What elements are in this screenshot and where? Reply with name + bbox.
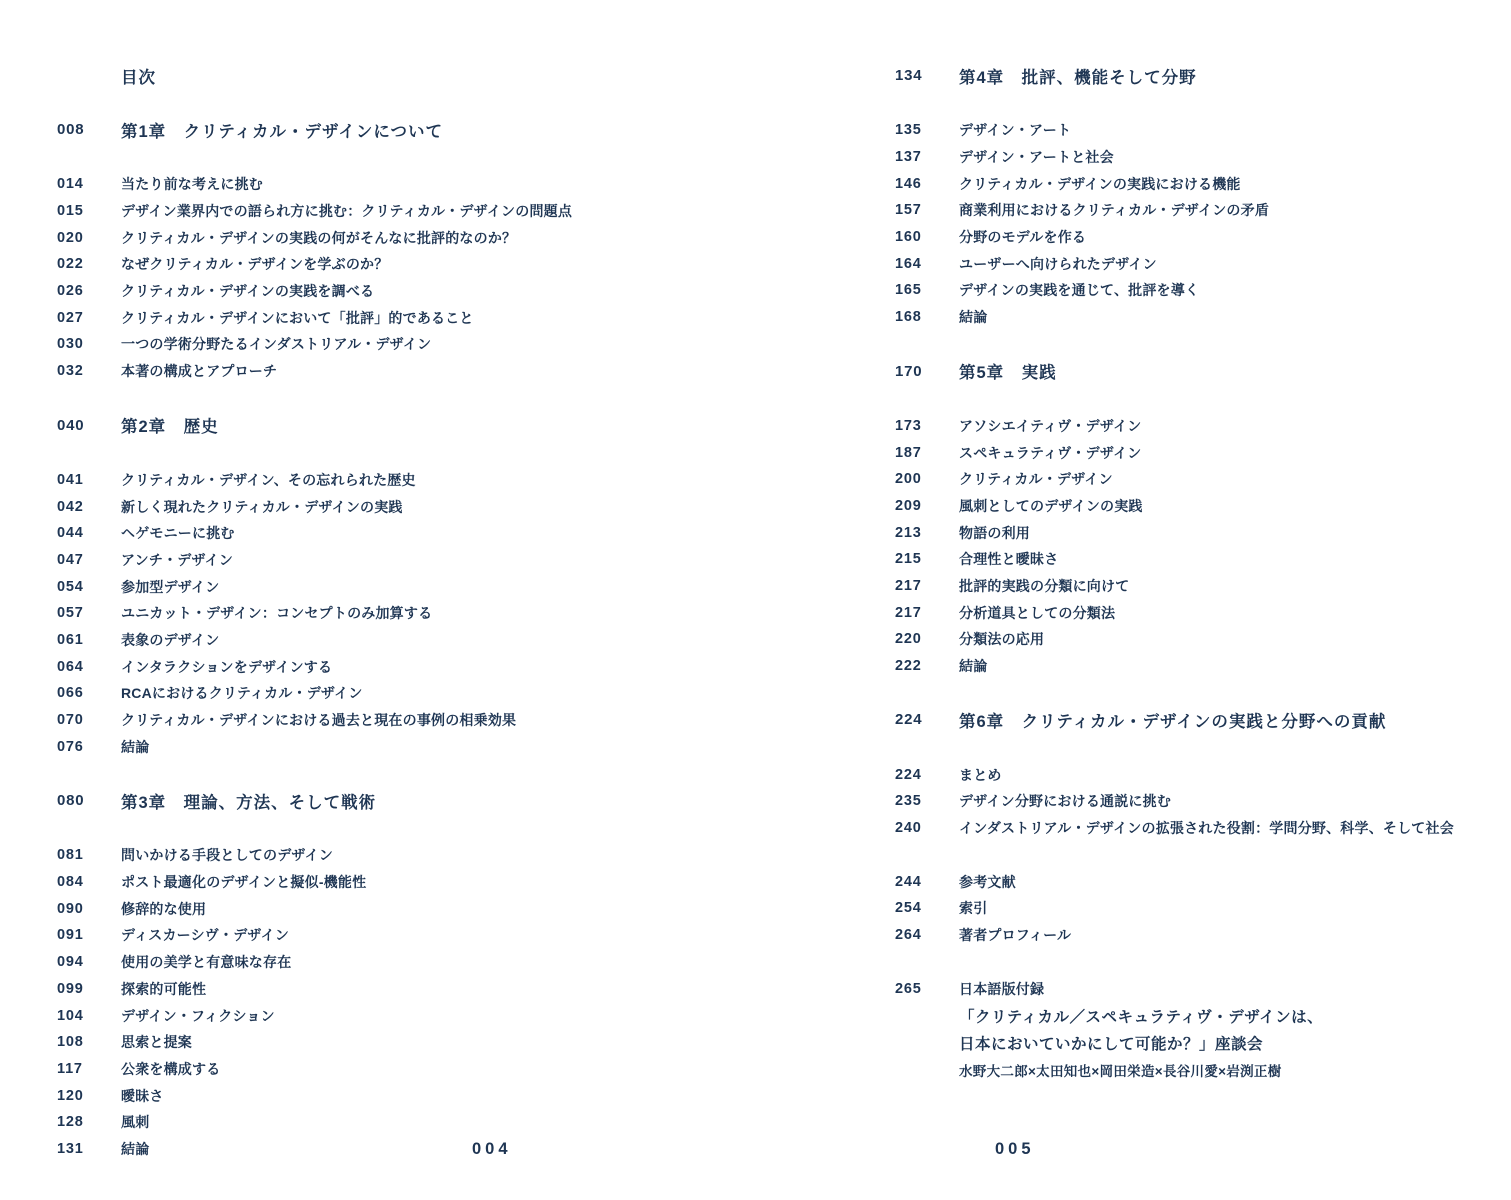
entry-title: アンチ・デザイン: [121, 550, 233, 570]
chapter-heading-row: 080第3章 理論、方法、そして戦術: [57, 787, 747, 814]
entry-title: 問いかける手段としてのデザイン: [121, 845, 333, 865]
toc-entry-row: 157商業利用におけるクリティカル・デザインの矛盾: [895, 197, 1505, 224]
entry-title: 風刺: [121, 1112, 149, 1132]
entry-page-number: 015: [57, 203, 121, 219]
chapter-page-number: 134: [895, 67, 959, 84]
entry-title: 分析道具としての分類法: [959, 603, 1115, 623]
toc-heading-row: 目次: [57, 62, 747, 89]
appendix-title: 日本語版付録: [959, 979, 1044, 999]
toc-entry-row: 217分析道具としての分類法: [895, 599, 1505, 626]
entry-page-number: 220: [895, 631, 959, 647]
entry-title: クリティカル・デザインにおいて「批評」的であること: [121, 308, 474, 328]
entry-title: 修辞的な使用: [121, 899, 206, 919]
appendix-participants: 水野大二郎×太田知也×岡田栄造×長谷川愛×岩渕正樹: [895, 1056, 1505, 1083]
entry-title: 公衆を構成する: [121, 1059, 220, 1079]
entry-title: 風刺としてのデザインの実践: [959, 496, 1143, 516]
chapter-heading-row: 040第2章 歴史: [57, 412, 747, 439]
entry-page-number: 128: [57, 1114, 121, 1130]
entry-page-number: 137: [895, 149, 959, 165]
entry-page-number: 057: [57, 605, 121, 621]
entry-title: デザイン分野における通説に挑む: [959, 791, 1171, 811]
entry-title: 著者プロフィール: [959, 925, 1071, 945]
entry-title: クリティカル・デザインの実践における機能: [959, 174, 1241, 194]
toc-entry-row: 108思索と提案: [57, 1029, 747, 1056]
entry-page-number: 254: [895, 900, 959, 916]
entry-page-number: 244: [895, 874, 959, 890]
entry-page-number: 032: [57, 363, 121, 379]
toc-entry-row: 254索引: [895, 895, 1505, 922]
toc-entry-row: 165デザインの実践を通じて、批評を導く: [895, 277, 1505, 304]
entry-page-number: 217: [895, 578, 959, 594]
toc-left-sections: 008第1章 クリティカル・デザインについて014当たり前な考えに挑む015デザ…: [57, 116, 747, 1162]
entry-title: ユーザーへ向けられたデザイン: [959, 254, 1157, 274]
entry-page-number: 131: [57, 1141, 121, 1157]
entry-page-number: 264: [895, 927, 959, 943]
entry-title: 参考文献: [959, 872, 1016, 892]
entry-page-number: 135: [895, 122, 959, 138]
page-number-left: 004: [472, 1140, 512, 1159]
entry-title: スペキュラティヴ・デザイン: [959, 443, 1142, 463]
entry-page-number: 084: [57, 874, 121, 890]
appendix-row: 265 日本語版付録: [895, 976, 1505, 1003]
entry-page-number: 026: [57, 283, 121, 299]
entry-title: デザインの実践を通じて、批評を導く: [959, 280, 1199, 300]
toc-entry-row: 222結論: [895, 653, 1505, 680]
toc-entry-row: 076結論: [57, 733, 747, 760]
entry-title: インダストリアル・デザインの拡張された役割：学問分野、科学、そして社会: [959, 818, 1454, 838]
chapter-heading-row: 170第5章 実践: [895, 358, 1505, 385]
toc-entry-row: 066RCAにおけるクリティカル・デザイン: [57, 680, 747, 707]
entry-page-number: 160: [895, 229, 959, 245]
entry-page-number: 217: [895, 605, 959, 621]
entry-page-number: 200: [895, 471, 959, 487]
entry-title: デザイン・アート: [959, 120, 1071, 140]
entry-page-number: 081: [57, 847, 121, 863]
entry-title: 物語の利用: [959, 523, 1030, 543]
toc-entry-row: 217批評的実践の分類に向けて: [895, 573, 1505, 600]
toc-section: 134第4章 批評、機能そして分野135デザイン・アート137デザイン・アートと…: [895, 62, 1505, 331]
entry-title: アソシエイティヴ・デザイン: [959, 416, 1142, 436]
toc-section: 080第3章 理論、方法、そして戦術081問いかける手段としてのデザイン084ポ…: [57, 787, 747, 1162]
entry-page-number: 209: [895, 498, 959, 514]
entry-page-number: 061: [57, 632, 121, 648]
entry-page-number: 168: [895, 309, 959, 325]
toc-entry-row: 057ユニカット・デザイン：コンセプトのみ加算する: [57, 600, 747, 627]
toc-right-sections: 134第4章 批評、機能そして分野135デザイン・アート137デザイン・アートと…: [895, 62, 1505, 949]
entry-title: 探索的可能性: [121, 979, 206, 999]
entry-page-number: 108: [57, 1034, 121, 1050]
toc-entry-row: 090修辞的な使用: [57, 895, 747, 922]
toc-entry-row: 187スペキュラティヴ・デザイン: [895, 439, 1505, 466]
entry-page-number: 215: [895, 551, 959, 567]
toc-entry-row: 215合理性と曖昧さ: [895, 546, 1505, 573]
entry-page-number: 213: [895, 525, 959, 541]
appendix-block: 265 日本語版付録 「クリティカル／スペキュラティヴ・デザインは、 日本におい…: [895, 976, 1505, 1084]
toc-entry-row: 240インダストリアル・デザインの拡張された役割：学問分野、科学、そして社会: [895, 815, 1505, 842]
toc-title: 目次: [121, 64, 156, 88]
entry-page-number: 222: [895, 658, 959, 674]
entry-title: 曖昧さ: [121, 1086, 164, 1106]
entry-title: RCAにおけるクリティカル・デザイン: [121, 683, 363, 703]
entry-title: 分野のモデルを作る: [959, 227, 1086, 247]
toc-entry-row: 091ディスカーシヴ・デザイン: [57, 922, 747, 949]
toc-entry-row: 173アソシエイティヴ・デザイン: [895, 413, 1505, 440]
entry-page-number: 042: [57, 499, 121, 515]
entry-page-number: 022: [57, 256, 121, 272]
entry-title: 分類法の応用: [959, 629, 1044, 649]
entry-title: デザイン・アートと社会: [959, 147, 1114, 167]
entry-title: ヘゲモニーに挑む: [121, 523, 235, 543]
toc-entry-row: 117公衆を構成する: [57, 1056, 747, 1083]
toc-entry-row: 026クリティカル・デザインの実践を調べる: [57, 278, 747, 305]
toc-entry-row: 099探索的可能性: [57, 976, 747, 1003]
toc-entry-row: 160分野のモデルを作る: [895, 224, 1505, 251]
entry-title: デザイン・フィクション: [121, 1006, 275, 1026]
toc-entry-row: 213物語の利用: [895, 519, 1505, 546]
toc-entry-row: 014当たり前な考えに挑む: [57, 171, 747, 198]
toc-entry-row: 022なぜクリティカル・デザインを学ぶのか？: [57, 251, 747, 278]
toc-entry-row: 041クリティカル・デザイン、その忘れられた歴史: [57, 467, 747, 494]
toc-section: 170第5章 実践173アソシエイティヴ・デザイン187スペキュラティヴ・デザイ…: [895, 358, 1505, 680]
toc-entry-row: 027クリティカル・デザインにおいて「批評」的であること: [57, 304, 747, 331]
toc-page-right: 134第4章 批評、機能そして分野135デザイン・アート137デザイン・アートと…: [895, 0, 1505, 1083]
entry-page-number: 030: [57, 336, 121, 352]
entry-title: 結論: [959, 307, 987, 327]
entry-title: 索引: [959, 898, 987, 918]
chapter-title: 第6章 クリティカル・デザインの実践と分野への貢献: [959, 708, 1386, 732]
toc-entry-row: 137デザイン・アートと社会: [895, 144, 1505, 171]
entry-page-number: 240: [895, 820, 959, 836]
entry-title: 思索と提案: [121, 1032, 192, 1052]
entry-page-number: 076: [57, 739, 121, 755]
toc-entry-row: 054参加型デザイン: [57, 573, 747, 600]
entry-title: 結論: [121, 737, 149, 757]
entry-title: 一つの学術分野たるインダストリアル・デザイン: [121, 334, 431, 354]
toc-entry-row: 081問いかける手段としてのデザイン: [57, 842, 747, 869]
entry-page-number: 164: [895, 256, 959, 272]
appendix-line-2: 日本においていかにして可能か？」座談会: [895, 1029, 1505, 1056]
entry-title: 表象のデザイン: [121, 630, 219, 650]
toc-entry-row: 070クリティカル・デザインにおける過去と現在の事例の相乗効果: [57, 707, 747, 734]
entry-page-number: 146: [895, 176, 959, 192]
page-number-right: 005: [995, 1140, 1035, 1159]
chapter-page-number: 008: [57, 121, 121, 138]
toc-entry-row: 131結論: [57, 1136, 747, 1163]
entry-title: クリティカル・デザインの実践の何がそんなに批評的なのか？: [121, 228, 516, 248]
chapter-title: 第5章 実践: [959, 359, 1057, 383]
entry-page-number: 027: [57, 310, 121, 326]
entry-title: インタラクションをデザインする: [121, 657, 332, 677]
toc-backmatter-section: 244参考文献254索引264著者プロフィール: [895, 868, 1505, 948]
entry-page-number: 014: [57, 176, 121, 192]
toc-section: 224第6章 クリティカル・デザインの実践と分野への貢献224まとめ235デザイ…: [895, 706, 1505, 841]
entry-page-number: 235: [895, 793, 959, 809]
entry-page-number: 104: [57, 1008, 121, 1024]
entry-title: 商業利用におけるクリティカル・デザインの矛盾: [959, 200, 1269, 220]
entry-title: クリティカル・デザインにおける過去と現在の事例の相乗効果: [121, 710, 516, 730]
toc-entry-row: 020クリティカル・デザインの実践の何がそんなに批評的なのか？: [57, 224, 747, 251]
entry-page-number: 187: [895, 445, 959, 461]
toc-entry-row: 064インタラクションをデザインする: [57, 653, 747, 680]
toc-entry-row: 224まとめ: [895, 761, 1505, 788]
toc-entry-row: 164ユーザーへ向けられたデザイン: [895, 250, 1505, 277]
toc-entry-row: 032本著の構成とアプローチ: [57, 358, 747, 385]
entry-page-number: 117: [57, 1061, 121, 1077]
entry-page-number: 066: [57, 685, 121, 701]
chapter-heading-row: 008第1章 クリティカル・デザインについて: [57, 116, 747, 143]
entry-title: 結論: [121, 1139, 149, 1159]
entry-title: 参加型デザイン: [121, 577, 219, 597]
toc-entry-row: 044ヘゲモニーに挑む: [57, 520, 747, 547]
entry-page-number: 094: [57, 954, 121, 970]
chapter-page-number: 040: [57, 417, 121, 434]
toc-entry-row: 220分類法の応用: [895, 626, 1505, 653]
entry-page-number: 020: [57, 230, 121, 246]
toc-entry-row: 084ポスト最適化のデザインと擬似-機能性: [57, 869, 747, 896]
entry-page-number: 120: [57, 1088, 121, 1104]
entry-page-number: 090: [57, 901, 121, 917]
entry-page-number: 165: [895, 282, 959, 298]
chapter-title: 第3章 理論、方法、そして戦術: [121, 789, 376, 813]
toc-entry-row: 015デザイン業界内での語られ方に挑む：クリティカル・デザインの問題点: [57, 198, 747, 225]
entry-page-number: 054: [57, 579, 121, 595]
toc-entry-row: 264著者プロフィール: [895, 922, 1505, 949]
toc-entry-row: 042新しく現れたクリティカル・デザインの実践: [57, 493, 747, 520]
toc-entry-row: 209風刺としてのデザインの実践: [895, 493, 1505, 520]
entry-title: 批評的実践の分類に向けて: [959, 576, 1129, 596]
entry-title: ディスカーシヴ・デザイン: [121, 925, 289, 945]
toc-entry-row: 128風刺: [57, 1109, 747, 1136]
entry-title: まとめ: [959, 765, 1002, 785]
toc-entry-row: 244参考文献: [895, 868, 1505, 895]
entry-page-number: 091: [57, 927, 121, 943]
entry-title: デザイン業界内での語られ方に挑む：クリティカル・デザインの問題点: [121, 201, 572, 221]
entry-page-number: 224: [895, 767, 959, 783]
toc-entry-row: 061表象のデザイン: [57, 627, 747, 654]
appendix-page-number: 265: [895, 981, 959, 997]
toc-entry-row: 135デザイン・アート: [895, 117, 1505, 144]
entry-title: 当たり前な考えに挑む: [121, 174, 263, 194]
toc-entry-row: 235デザイン分野における通説に挑む: [895, 788, 1505, 815]
entry-title: ユニカット・デザイン：コンセプトのみ加算する: [121, 603, 432, 623]
entry-page-number: 041: [57, 472, 121, 488]
toc-entry-row: 030一つの学術分野たるインダストリアル・デザイン: [57, 331, 747, 358]
entry-page-number: 099: [57, 981, 121, 997]
entry-page-number: 070: [57, 712, 121, 728]
toc-entry-row: 200クリティカル・デザイン: [895, 466, 1505, 493]
toc-section: 040第2章 歴史041クリティカル・デザイン、その忘れられた歴史042新しく現…: [57, 412, 747, 761]
entry-page-number: 044: [57, 525, 121, 541]
chapter-heading-row: 134第4章 批評、機能そして分野: [895, 62, 1505, 89]
entry-title: 新しく現れたクリティカル・デザインの実践: [121, 497, 403, 517]
toc-section: 008第1章 クリティカル・デザインについて014当たり前な考えに挑む015デザ…: [57, 116, 747, 385]
toc-entry-row: 120曖昧さ: [57, 1082, 747, 1109]
entry-page-number: 173: [895, 418, 959, 434]
entry-title: 使用の美学と有意味な存在: [121, 952, 291, 972]
entry-title: 合理性と曖昧さ: [959, 549, 1058, 569]
chapter-page-number: 170: [895, 363, 959, 380]
entry-title: なぜクリティカル・デザインを学ぶのか？: [121, 254, 388, 274]
entry-title: 本著の構成とアプローチ: [121, 361, 277, 381]
entry-title: 結論: [959, 656, 987, 676]
chapter-title: 第1章 クリティカル・デザインについて: [121, 118, 443, 142]
entry-page-number: 047: [57, 552, 121, 568]
toc-entry-row: 047アンチ・デザイン: [57, 547, 747, 574]
chapter-page-number: 080: [57, 792, 121, 809]
chapter-page-number: 224: [895, 711, 959, 728]
toc-page-left: 目次 008第1章 クリティカル・デザインについて014当たり前な考えに挑む01…: [57, 0, 747, 1162]
toc-entry-row: 104デザイン・フィクション: [57, 1002, 747, 1029]
entry-title: クリティカル・デザイン、その忘れられた歴史: [121, 470, 416, 490]
toc-entry-row: 168結論: [895, 304, 1505, 331]
entry-page-number: 157: [895, 202, 959, 218]
toc-entry-row: 094使用の美学と有意味な存在: [57, 949, 747, 976]
toc-entry-row: 146クリティカル・デザインの実践における機能: [895, 170, 1505, 197]
entry-title: クリティカル・デザインの実践を調べる: [121, 281, 374, 301]
entry-title: クリティカル・デザイン: [959, 469, 1113, 489]
entry-title: ポスト最適化のデザインと擬似-機能性: [121, 872, 366, 892]
appendix-line-1: 「クリティカル／スペキュラティヴ・デザインは、: [895, 1002, 1505, 1029]
entry-page-number: 064: [57, 659, 121, 675]
chapter-heading-row: 224第6章 クリティカル・デザインの実践と分野への貢献: [895, 706, 1505, 733]
chapter-title: 第4章 批評、機能そして分野: [959, 64, 1197, 88]
chapter-title: 第2章 歴史: [121, 413, 219, 437]
